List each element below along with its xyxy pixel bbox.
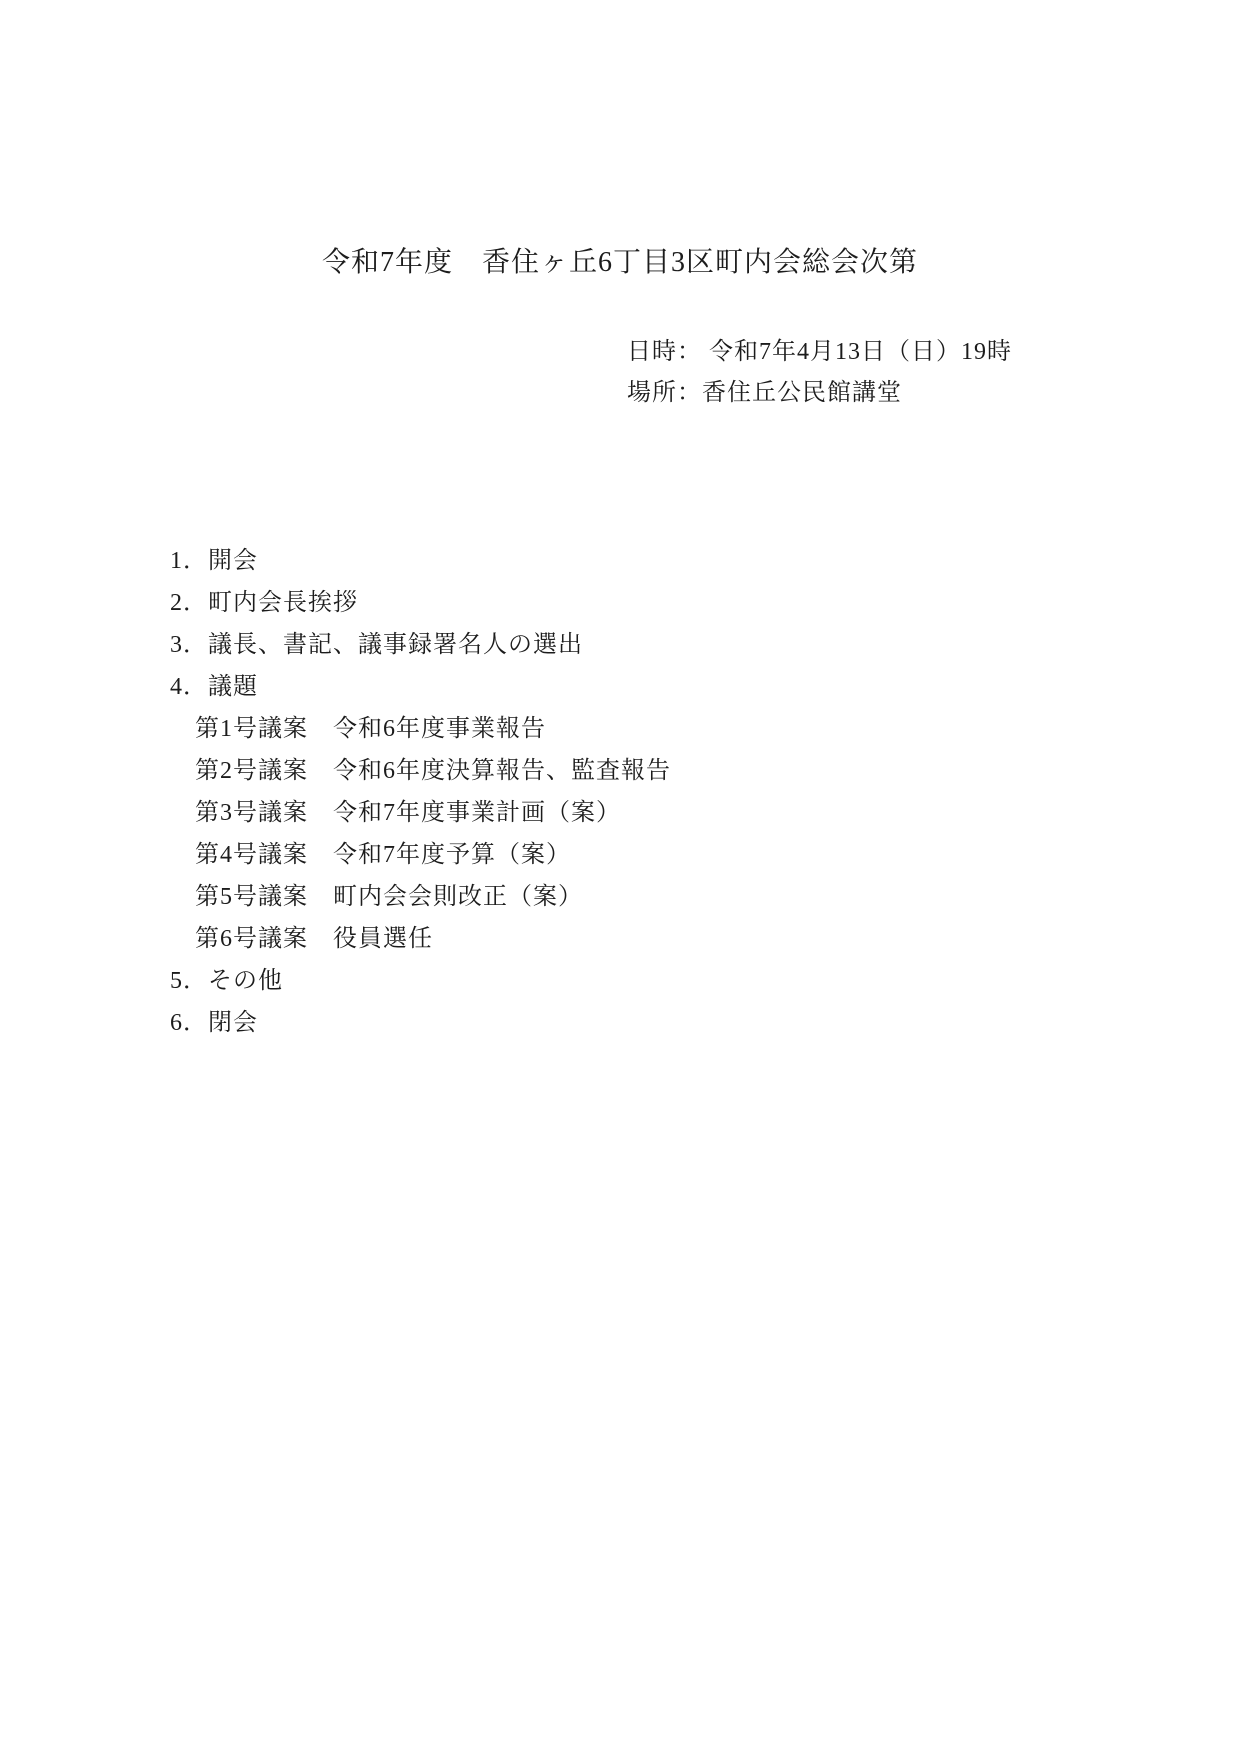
agenda-item-4-topics: 4．議題 (170, 666, 671, 708)
agenda-subitem-proposal-2: 第2号議案 令和6年度決算報告、監査報告 (170, 750, 671, 792)
agenda-subitem-proposal-1: 第1号議案 令和6年度事業報告 (170, 708, 671, 750)
agenda-list: 1．開会 2．町内会長挨拶 3．議長、書記、議事録署名人の選出 4．議題 第1号… (170, 540, 671, 1044)
agenda-subitem-proposal-5: 第5号議案 町内会会則改正（案） (170, 876, 671, 918)
document-title: 令和7年度 香住ヶ丘6丁目3区町内会総会次第 (0, 248, 1240, 279)
agenda-item-5-other: 5．その他 (170, 960, 671, 1002)
agenda-subitem-proposal-3: 第3号議案 令和7年度事業計画（案） (170, 792, 671, 834)
agenda-subitem-proposal-4: 第4号議案 令和7年度予算（案） (170, 834, 671, 876)
agenda-item-1-opening: 1．開会 (170, 540, 671, 582)
agenda-item-3-selection: 3．議長、書記、議事録署名人の選出 (170, 624, 671, 666)
document-page: 令和7年度 香住ヶ丘6丁目3区町内会総会次第 日時： 令和7年4月13日（日）1… (0, 0, 1240, 1755)
meeting-datetime: 日時： 令和7年4月13日（日）19時 (627, 332, 1012, 373)
meeting-location: 場所：香住丘公民館講堂 (627, 373, 1012, 414)
agenda-item-6-closing: 6．閉会 (170, 1002, 671, 1044)
agenda-item-2-chairman-greeting: 2．町内会長挨拶 (170, 582, 671, 624)
meeting-meta: 日時： 令和7年4月13日（日）19時 場所：香住丘公民館講堂 (627, 332, 1012, 414)
agenda-subitem-proposal-6: 第6号議案 役員選任 (170, 918, 671, 960)
